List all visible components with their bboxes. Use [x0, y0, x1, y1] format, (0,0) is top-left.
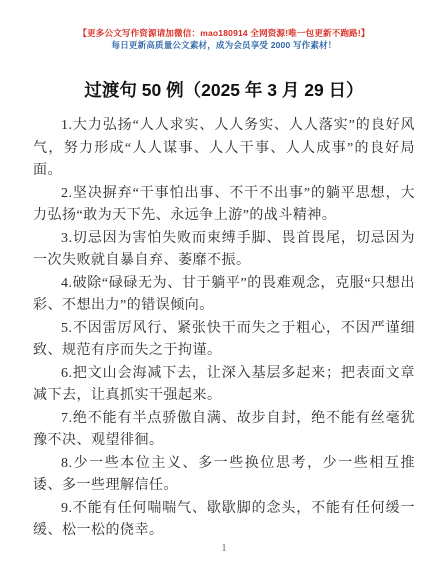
- promo-header-line2: 每日更新高质量公文素材，成为会员享受 2000 写作素材！: [33, 39, 415, 51]
- paragraph-7: 7.绝不能有半点骄傲自满、故步自封，绝不能有丝毫犹豫不决、观望徘徊。: [33, 408, 415, 453]
- paragraph-9: 9.不能有任何喘喘气、歇歇脚的念头，不能有任何缓一缓、松一松的侥幸。: [33, 498, 415, 543]
- document-body: 1.大力弘扬“人人求实、人人务实、人人落实”的良好风气，努力形成“人人谋事、人人…: [33, 115, 415, 543]
- paragraph-3: 3.切忌因为害怕失败而束缚手脚、畏首畏尾，切忌因为一次失败就自暴自弃、萎靡不振。: [33, 228, 415, 273]
- paragraph-8: 8.少一些本位主义、多一些换位思考，少一些相互推诿、多一些理解信任。: [33, 453, 415, 498]
- paragraph-2: 2.坚决摒弃“干事怕出事、不干不出事”的躺平思想，大力弘扬“敢为天下先、永远争上…: [33, 183, 415, 228]
- paragraph-6: 6.把文山会海减下去，让深入基层多起来；把表面文章减下去，让真抓实干强起来。: [33, 363, 415, 408]
- page-number: 1: [0, 543, 448, 554]
- paragraph-4: 4.破除“碌碌无为、甘于躺平”的畏难观念，克服“只想出彩、不想出力”的错误倾向。: [33, 273, 415, 318]
- document-page: 【更多公文写作资源请加微信：mao180914 全网资源!唯一包更新不跑路!】 …: [0, 0, 448, 580]
- promo-header-line1: 【更多公文写作资源请加微信：mao180914 全网资源!唯一包更新不跑路!】: [33, 27, 415, 39]
- document-title: 过渡句 50 例（2025 年 3 月 29 日）: [33, 77, 415, 103]
- paragraph-1: 1.大力弘扬“人人求实、人人务实、人人落实”的良好风气，努力形成“人人谋事、人人…: [33, 115, 415, 183]
- paragraph-5: 5.不因雷厉风行、紧张快干而失之于粗心，不因严谨细致、规范有序而失之于拘谨。: [33, 318, 415, 363]
